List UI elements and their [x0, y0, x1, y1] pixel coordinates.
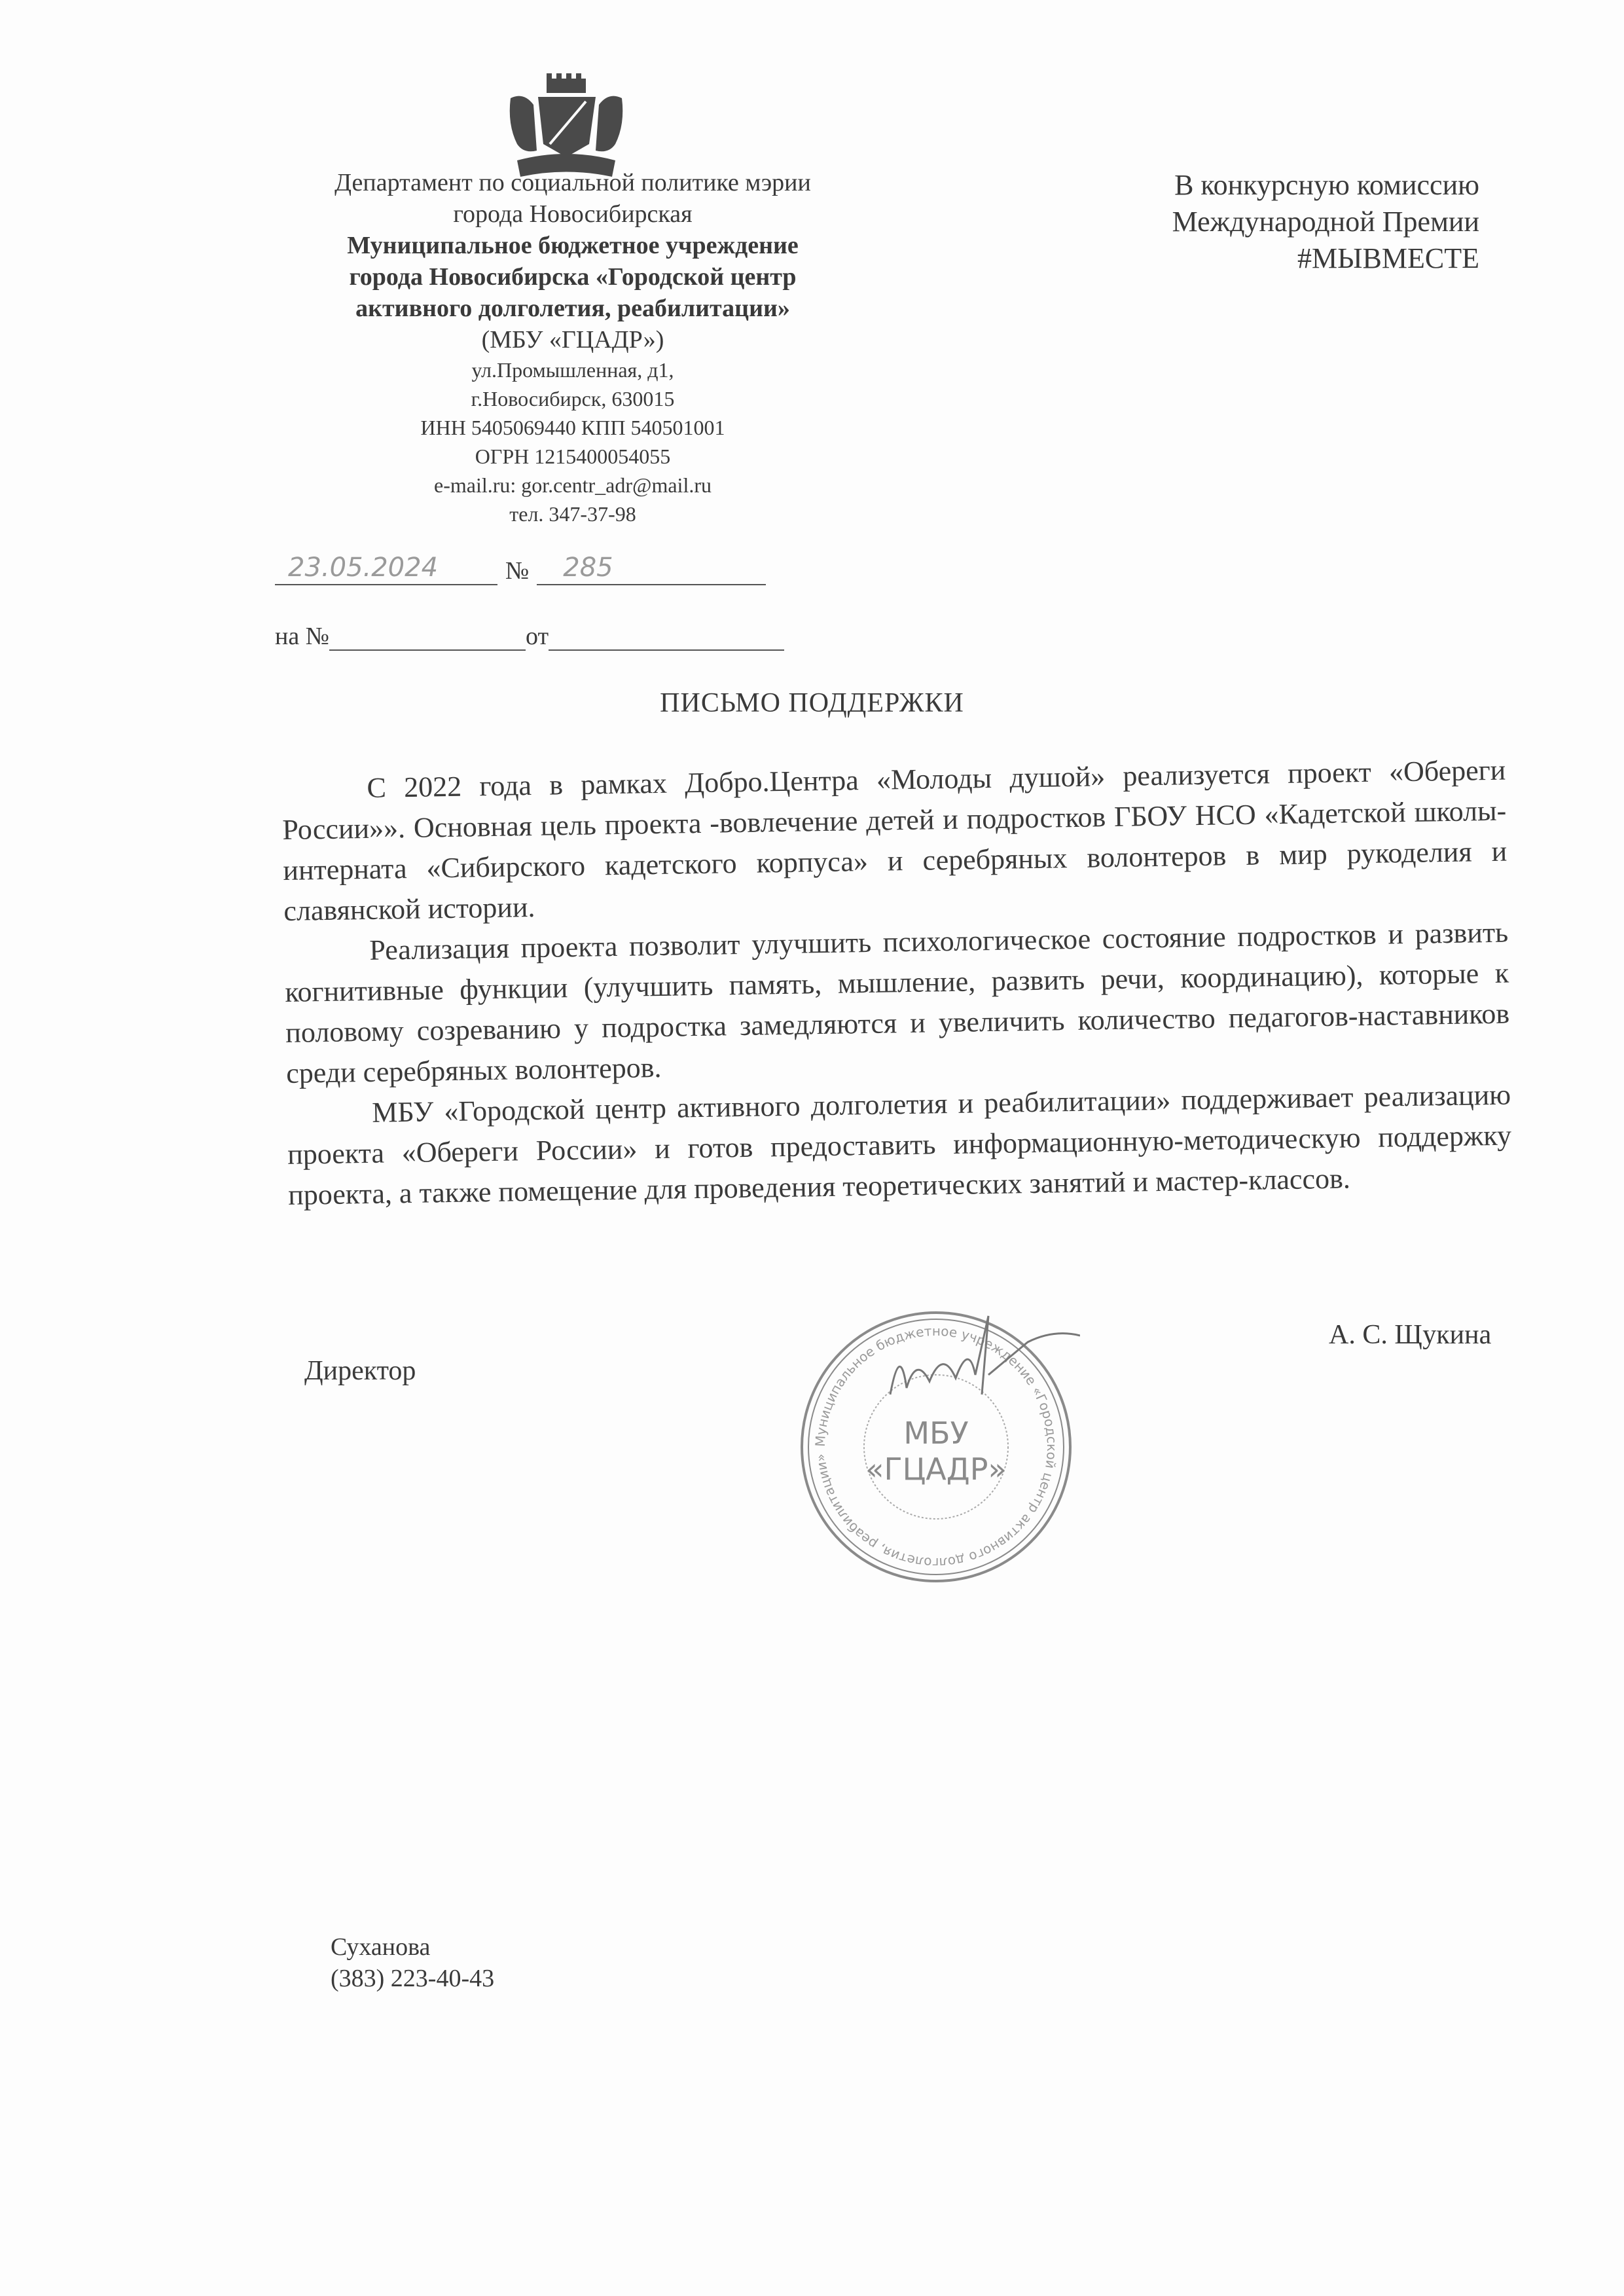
number-field: 285 [537, 558, 766, 585]
executor-phone: (383) 223-40-43 [331, 1963, 494, 1994]
addressee-line: Международной Премии [1060, 204, 1479, 240]
addressee-line: #МЫВМЕСТЕ [1060, 240, 1479, 277]
body-paragraph: Реализация проекта позволит улучшить пси… [284, 913, 1511, 1094]
handwritten-number: 285 [563, 553, 613, 583]
org-name-line: города Новосибирска «Городской центр [259, 261, 887, 293]
address-line: г.Новосибирск, 630015 [259, 384, 887, 413]
svg-text:«ГЦАДР»: «ГЦАДР» [865, 1451, 1006, 1487]
outgoing-registration: 23.05.2024 № 285 [275, 556, 766, 585]
address-line: ул.Промышленная, д1, [259, 355, 887, 384]
department-line: города Новосибирская [259, 198, 887, 230]
signatory-name: А. С. Щукина [1329, 1319, 1491, 1351]
executor-info: Суханова (383) 223-40-43 [331, 1931, 494, 1994]
reply-number-field [329, 623, 526, 651]
addressee: В конкурсную комиссию Международной Прем… [1060, 167, 1479, 277]
body-paragraph: МБУ «Городской центр активного долголети… [287, 1075, 1513, 1216]
org-name-line: активного долголетия, реабилитации» [259, 293, 887, 324]
from-date-field [549, 623, 784, 651]
addressee-line: В конкурсную комиссию [1060, 167, 1479, 204]
signatory-position: Директор [304, 1355, 416, 1387]
svg-text:МБУ: МБУ [903, 1415, 968, 1451]
ogrn: ОГРН 1215400054055 [259, 442, 887, 471]
reply-number-label: на № [275, 622, 329, 651]
org-name-line: Муниципальное бюджетное учреждение [259, 230, 887, 261]
letter-body: С 2022 года в рамках Добро.Центра «Молод… [281, 750, 1512, 1216]
incoming-reference: на № от [275, 622, 784, 651]
number-label: № [505, 556, 529, 585]
from-label: от [526, 622, 549, 651]
executor-name: Суханова [331, 1931, 494, 1963]
handwritten-date: 23.05.2024 [288, 553, 438, 583]
department-line: Департамент по социальной политике мэрии [259, 167, 887, 198]
date-field: 23.05.2024 [275, 558, 497, 585]
letterhead: Департамент по социальной политике мэрии… [259, 167, 887, 528]
body-paragraph: С 2022 года в рамках Добро.Центра «Молод… [281, 750, 1508, 932]
round-seal-icon: Муниципальное бюджетное учреждение «Горо… [792, 1303, 1080, 1591]
email: e-mail.ru: gor.centr_adr@mail.ru [259, 471, 887, 500]
letter-title: ПИСЬМО ПОДДЕРЖКИ [0, 687, 1624, 719]
org-short-name: (МБУ «ГЦАДР») [259, 324, 887, 355]
inn-kpp: ИНН 5405069440 КПП 540501001 [259, 413, 887, 442]
phone: тел. 347-37-98 [259, 500, 887, 528]
